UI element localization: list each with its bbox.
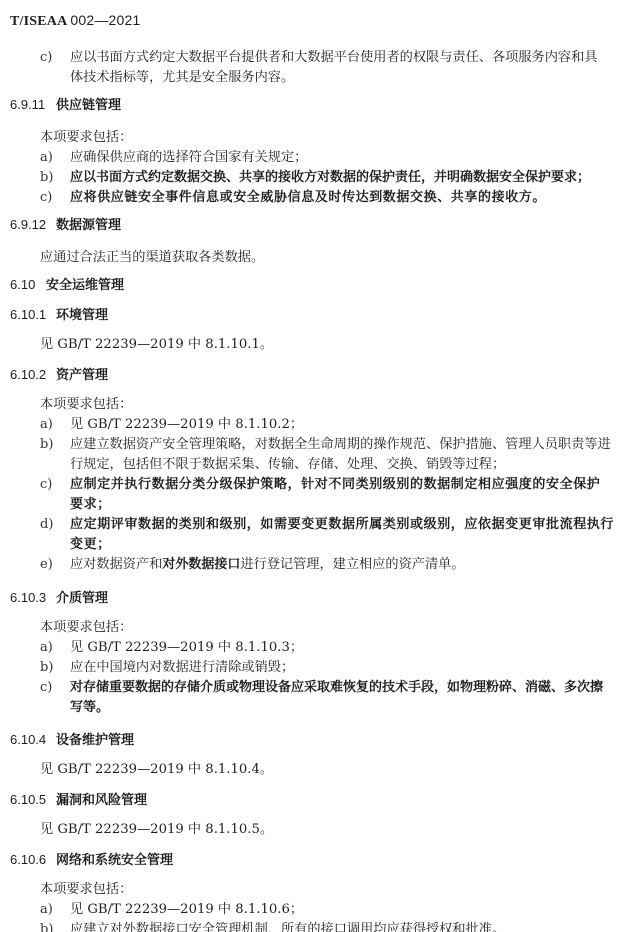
- section-body: 应通过合法正当的渠道获取各类数据。: [40, 248, 264, 268]
- section-number: 6.10.4: [10, 730, 56, 750]
- section-title: 设备维护管理: [56, 733, 134, 748]
- list-item-text: 应定期评审数据的类别和级别，如需要变更数据所属类别或级别，应依据变更审批流程执行: [70, 515, 614, 535]
- list-label: d): [40, 515, 53, 535]
- section-title: 安全运维管理: [46, 278, 124, 293]
- section-title: 介质管理: [56, 591, 108, 606]
- list-item-text: 见 GB/T 22239—2019 中 8.1.10.2；: [70, 415, 303, 435]
- list-item-text: 见 GB/T 22239—2019 中 8.1.10.6；: [70, 900, 303, 920]
- section-heading-6-10-5: 6.10.5漏洞和风险管理: [10, 790, 147, 811]
- list-item-text: 应以书面方式约定数据交换、共享的接收方对数据的保护责任，并明确数据安全保护要求；: [70, 168, 590, 188]
- list-item-text: 应以书面方式约定大数据平台提供者和大数据平台使用者的权限与责任、各项服务内容和具: [70, 48, 598, 68]
- list-label: a): [40, 900, 53, 920]
- section-heading-6-10: 6.10安全运维管理: [10, 275, 124, 296]
- section-heading-6-9-11: 6.9.11供应链管理: [10, 95, 121, 116]
- section-heading-6-10-2: 6.10.2资产管理: [10, 365, 108, 386]
- list-item-text-cont: 行规定，包括但不限于数据采集、传输、存储、处理、交换、销毁等过程；: [70, 455, 505, 475]
- standard-prefix: T/ISEAA: [10, 14, 67, 29]
- section-heading-6-9-12: 6.9.12数据源管理: [10, 215, 121, 236]
- list-label: b): [40, 658, 53, 678]
- section-heading-6-10-6: 6.10.6网络和系统安全管理: [10, 850, 173, 871]
- list-label: a): [40, 638, 53, 658]
- list-item-text: 对存储重要数据的存储介质或物理设备应采取难恢复的技术手段，如物理粉碎、消磁、多次…: [70, 678, 603, 698]
- section-title: 网络和系统安全管理: [56, 853, 173, 868]
- list-label: b): [40, 168, 53, 188]
- section-number: 6.10.2: [10, 365, 56, 385]
- section-heading-6-10-3: 6.10.3介质管理: [10, 588, 108, 609]
- section-title: 漏洞和风险管理: [56, 793, 147, 808]
- section-title: 环境管理: [56, 308, 108, 323]
- bold-text-run: 对外数据接口: [162, 557, 240, 572]
- section-number: 6.10.5: [10, 790, 56, 810]
- list-label: c): [40, 678, 52, 698]
- list-item-text: 应对数据资产和对外数据接口进行登记管理，建立相应的资产清单。: [70, 555, 465, 575]
- section-number: 6.10.3: [10, 588, 56, 608]
- section-title: 数据源管理: [56, 218, 121, 233]
- section-heading-6-10-1: 6.10.1环境管理: [10, 305, 108, 326]
- list-item-text-cont: 要求；: [70, 495, 111, 515]
- list-item-text: 应将供应链安全事件信息或安全威胁信息及时传达到数据交换、共享的接收方。: [70, 188, 546, 208]
- section-title: 资产管理: [56, 368, 108, 383]
- section-body: 见 GB/T 22239—2019 中 8.1.10.1。: [40, 335, 273, 355]
- list-item-text: 应在中国境内对数据进行清除或销毁；: [70, 658, 294, 678]
- section-body: 见 GB/T 22239—2019 中 8.1.10.4。: [40, 760, 273, 780]
- list-label: b): [40, 435, 53, 455]
- list-label: c): [40, 48, 52, 68]
- list-item-text-cont: 体技术指标等，尤其是安全服务内容。: [70, 68, 294, 88]
- list-item-text-cont: 写等。: [70, 698, 109, 718]
- list-label: c): [40, 188, 52, 208]
- list-label: b): [40, 920, 53, 932]
- text-run: 进行登记管理，建立相应的资产清单。: [240, 557, 464, 572]
- list-item-text: 见 GB/T 22239—2019 中 8.1.10.3；: [70, 638, 303, 658]
- standard-number: 002—2021: [70, 12, 140, 28]
- list-label: c): [40, 475, 52, 495]
- section-title: 供应链管理: [56, 98, 121, 113]
- list-label: e): [40, 555, 53, 575]
- document-header: T/ISEAA 002—2021: [10, 10, 140, 32]
- section-number: 6.9.11: [10, 95, 56, 115]
- list-item-text: 应建立对外数据接口安全管理机制，所有的接口调用均应获得授权和批准。: [70, 920, 505, 932]
- section-body: 见 GB/T 22239—2019 中 8.1.10.5。: [40, 820, 273, 840]
- list-item-text: 应制定并执行数据分类分级保护策略，针对不同类别级别的数据制定相应强度的安全保护: [70, 475, 600, 495]
- section-heading-6-10-4: 6.10.4设备维护管理: [10, 730, 134, 751]
- section-intro: 本项要求包括：: [40, 128, 132, 148]
- section-intro: 本项要求包括：: [40, 880, 132, 900]
- section-number: 6.10.6: [10, 850, 56, 870]
- text-run: 应对数据资产和: [70, 557, 162, 572]
- section-number: 6.10: [10, 275, 46, 295]
- section-number: 6.10.1: [10, 305, 56, 325]
- section-intro: 本项要求包括：: [40, 395, 132, 415]
- list-item-text-cont: 变更；: [70, 535, 111, 555]
- section-number: 6.9.12: [10, 215, 56, 235]
- list-item-text: 应确保供应商的选择符合国家有关规定；: [70, 148, 307, 168]
- section-intro: 本项要求包括：: [40, 618, 132, 638]
- list-label: a): [40, 148, 53, 168]
- list-item-text: 应建立数据资产安全管理策略，对数据全生命周期的操作规范、保护措施、管理人员职责等…: [70, 435, 611, 455]
- list-label: a): [40, 415, 53, 435]
